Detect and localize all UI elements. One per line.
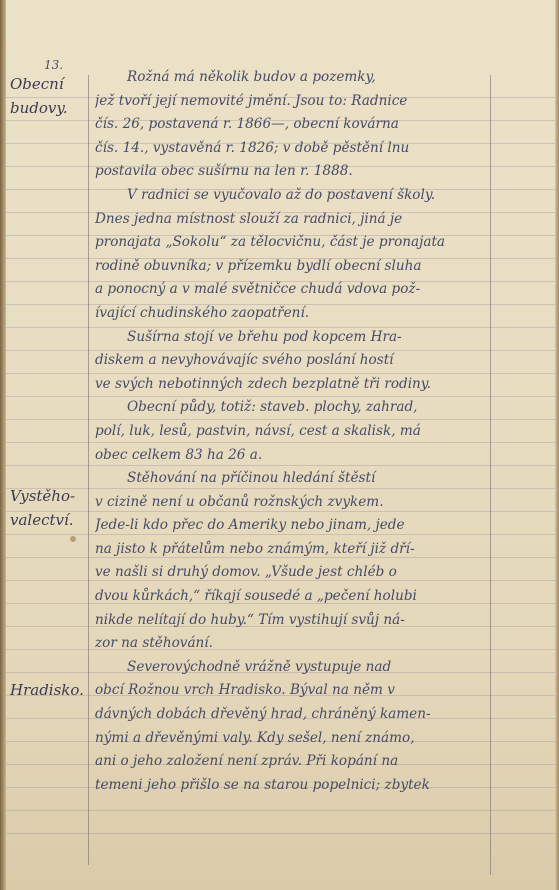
text-line: v cizině není u občanů rožnských zvykem. [95, 491, 490, 515]
page-number: 13. [44, 58, 63, 72]
margin-note-hradisko: Hradisko. [10, 678, 86, 702]
text-line: temeni jeho přišlo se na starou popelnic… [95, 774, 490, 798]
text-line: Jede-li kdo přec do Ameriky nebo jinam, … [95, 514, 490, 538]
text-line: rodině obuvníka; v přízemku bydlí obecní… [95, 255, 490, 279]
text-line: nými a dřevěnými valy. Kdy sešel, není z… [95, 727, 490, 751]
margin-note-vystehovalectvi: Vystěho- valectví. [10, 484, 86, 532]
page-edge-right [555, 0, 559, 890]
text-line: ani o jeho založení není zpráv. Při kopá… [95, 750, 490, 774]
ink-stain [70, 536, 76, 542]
text-line: V radnici se vyučovalo až do postavení š… [95, 184, 490, 208]
text-line: diskem a nevyhovávajíc svého poslání hos… [95, 349, 490, 373]
chronicle-body-text: Rožná má několik budov a pozemky,jež tvo… [95, 66, 490, 797]
margin-note-line: Hradisko. [10, 678, 86, 702]
margin-note-line: Obecní [10, 72, 86, 96]
text-line: čís. 26, postavená r. 1866—, obecní ková… [95, 113, 490, 137]
text-line: zor na stěhování. [95, 632, 490, 656]
text-line: čís. 14., vystavěná r. 1826; v době pěst… [95, 137, 490, 161]
text-line: dávných dobách dřevěný hrad, chráněný ka… [95, 703, 490, 727]
margin-note-line: Vystěho- [10, 484, 86, 508]
text-line: pronajata „Sokolu“ za tělocvičnu, část j… [95, 231, 490, 255]
text-line: Stěhování na příčinou hledání štěstí [95, 467, 490, 491]
text-line: ve našli si druhý domov. „Všude jest chl… [95, 561, 490, 585]
text-line: obec celkem 83 ha 26 a. [95, 444, 490, 468]
margin-note-obecni-budovy: Obecní budovy. [10, 72, 86, 120]
text-line: Rožná má několik budov a pozemky, [95, 66, 490, 90]
text-line: obcí Rožnou vrch Hradisko. Býval na něm … [95, 679, 490, 703]
text-line: na jisto k přátelům nebo známým, kteří j… [95, 538, 490, 562]
text-line: Severovýchodně vrážně vystupuje nad [95, 656, 490, 680]
text-line: jež tvoří její nemovité jmění. Jsou to: … [95, 90, 490, 114]
text-line: a ponocný a v malé světničce chudá vdova… [95, 278, 490, 302]
margin-note-line: budovy. [10, 96, 86, 120]
text-line: dvou kůrkách,“ říkají sousedé a „pečení … [95, 585, 490, 609]
text-line: Obecní půdy, totiž: staveb. plochy, zahr… [95, 396, 490, 420]
chronicle-page: 13. Obecní budovy. Vystěho- valectví. Hr… [0, 0, 559, 890]
text-line: Sušírna stojí ve břehu pod kopcem Hra- [95, 326, 490, 350]
left-margin-rule [88, 75, 89, 865]
text-line: polí, luk, lesů, pastvin, návsí, cest a … [95, 420, 490, 444]
right-margin-rule [490, 75, 491, 875]
text-line: ve svých nebotinných zdech bezplatně tři… [95, 373, 490, 397]
text-line: nikde nelítají do huby.“ Tím vystihují s… [95, 609, 490, 633]
text-line: Dnes jedna místnost slouží za radnici, j… [95, 208, 490, 232]
text-line: postavila obec sušírnu na len r. 1888. [95, 160, 490, 184]
text-line: ívající chudinského zaopatření. [95, 302, 490, 326]
margin-note-line: valectví. [10, 508, 86, 532]
